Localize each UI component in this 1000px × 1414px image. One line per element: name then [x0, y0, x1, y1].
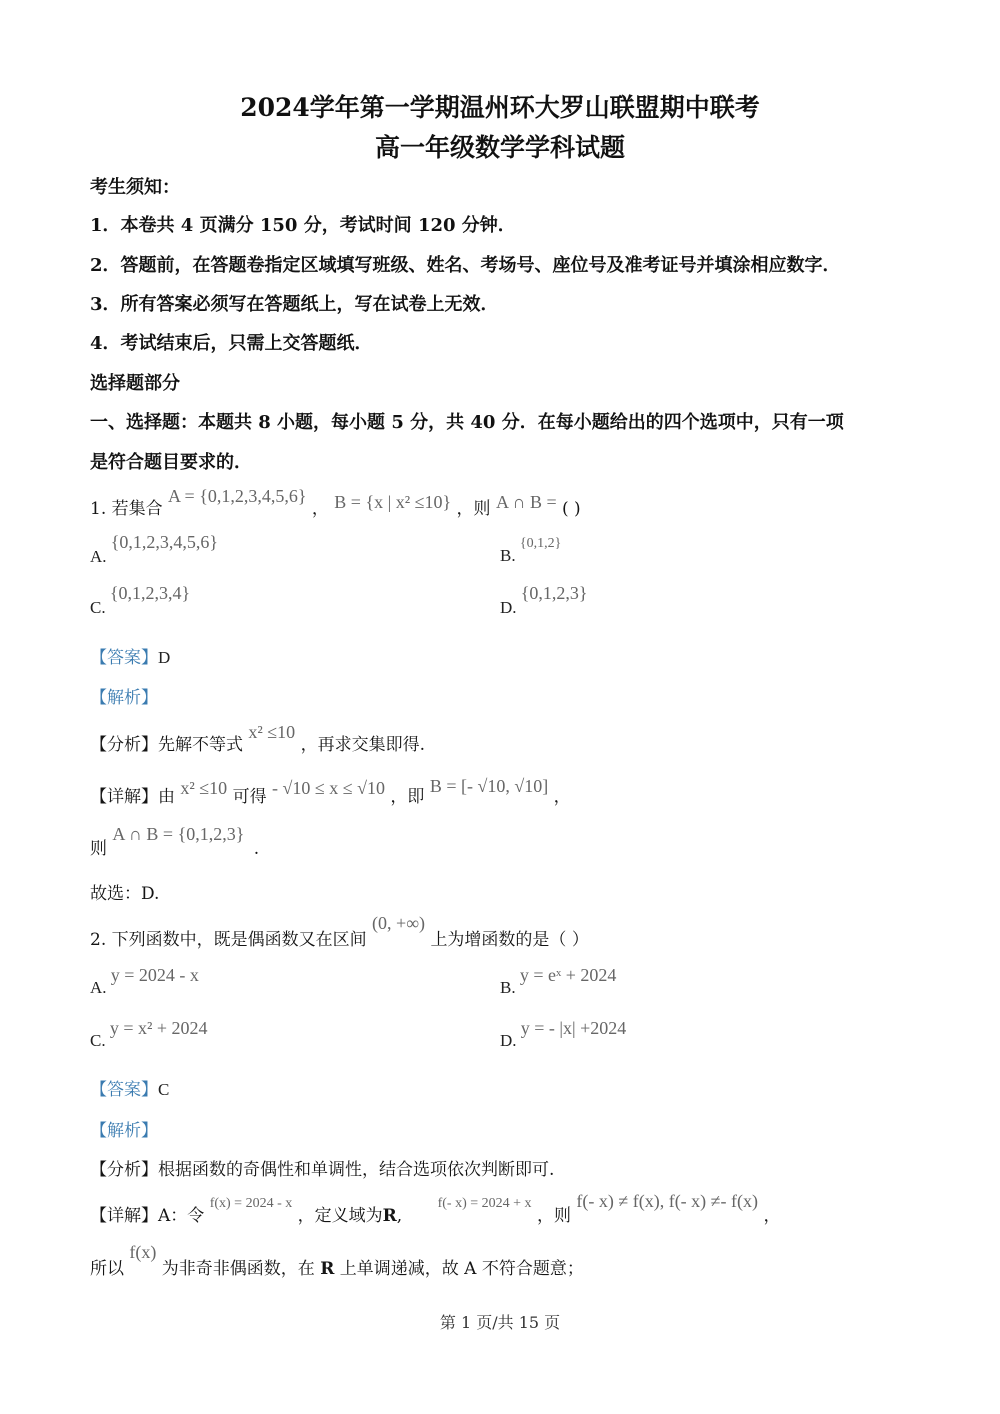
exam-page: 2024学年第一学期温州环大罗山联盟期中联考 高一年级数学学科试题 考生须知： …: [0, 0, 1000, 1414]
fenxi-line: 【分析】根据函数的奇偶性和单调性，结合选项依次判断即可.: [90, 1155, 554, 1180]
option-d: D. {0,1,2,3}: [500, 597, 588, 618]
option-b: B. y = eˣ + 2024: [500, 977, 616, 998]
option-c: C. y = x² + 2024: [90, 1030, 208, 1051]
answer-tag: 【答案】: [90, 648, 158, 668]
answer-value: C: [158, 1080, 169, 1099]
math-set-a: A = {0,1,2,3,4,5,6}: [168, 486, 306, 506]
section-instructions-cont: 是符合题目要求的．: [90, 448, 252, 474]
conclusion: 故选：D.: [90, 879, 159, 904]
answer-value: D: [158, 648, 170, 667]
answer-tag: 【答案】: [90, 1080, 158, 1100]
notice-item: 3．所有答案必须写在答题纸上，写在试卷上无效．: [90, 290, 499, 316]
option-a: A. y = 2024 - x: [90, 977, 199, 998]
math-intersection: A ∩ B =: [496, 492, 557, 512]
question-number: 1.: [90, 499, 106, 519]
option-a: A. {0,1,2,3,4,5,6}: [90, 546, 218, 567]
xiangjie-line-2: 所以 f(x) 为非奇非偶函数，在 R 上单调递减，故 A 不符合题意；: [90, 1254, 584, 1279]
analysis-tag: 【解析】: [90, 1116, 158, 1141]
notice-heading: 考生须知：: [90, 173, 180, 199]
option-d: D. y = - |x| +2024: [500, 1030, 626, 1051]
notice-item: 2．答题前，在答题卷指定区域填写班级、姓名、考场号、座位号及准考证号并填涂相应数…: [90, 251, 841, 277]
xiangjie-line: 【详解】A：令 f(x) = 2024 - x ，定义域为R, f(- x) =…: [90, 1201, 780, 1226]
option-b: B. {0,1,2}: [500, 546, 561, 566]
xiangjie-line: 【详解】由 x² ≤10 可得 - √10 ≤ x ≤ √10 ，即 B = […: [90, 782, 571, 807]
question-1-stem: 1. 若集合 A = {0,1,2,3,4,5,6} ， B = {x | x²…: [90, 494, 581, 519]
ze-line: 则 A ∩ B = {0,1,2,3} .: [90, 834, 259, 859]
exam-title: 2024学年第一学期温州环大罗山联盟期中联考: [0, 88, 1000, 124]
answer-line: 【答案】C: [90, 1075, 169, 1100]
question-number: 2.: [90, 930, 106, 950]
fenxi-line: 【分析】先解不等式 x² ≤10 ，再求交集即得.: [90, 730, 425, 755]
math-set-b: B = {x | x² ≤10}: [334, 492, 451, 512]
section-instructions: 一、选择题：本题共 8 小题，每小题 5 分，共 40 分．在每小题给出的四个选…: [90, 408, 844, 434]
answer-line: 【答案】D: [90, 643, 170, 668]
question-2-stem: 2. 下列函数中，既是偶函数又在区间 (0, +∞) 上为增函数的是（ ）: [90, 925, 589, 950]
analysis-tag: 【解析】: [90, 683, 158, 708]
option-c: C. {0,1,2,3,4}: [90, 597, 190, 618]
section-heading: 选择题部分: [90, 369, 180, 395]
exam-subtitle: 高一年级数学学科试题: [0, 128, 1000, 164]
notice-item: 4．考试结束后，只需上交答题纸．: [90, 329, 373, 355]
notice-item: 1．本卷共 4 页满分 150 分，考试时间 120 分钟．: [90, 211, 516, 237]
page-number: 第 1 页/共 15 页: [0, 1310, 1000, 1333]
